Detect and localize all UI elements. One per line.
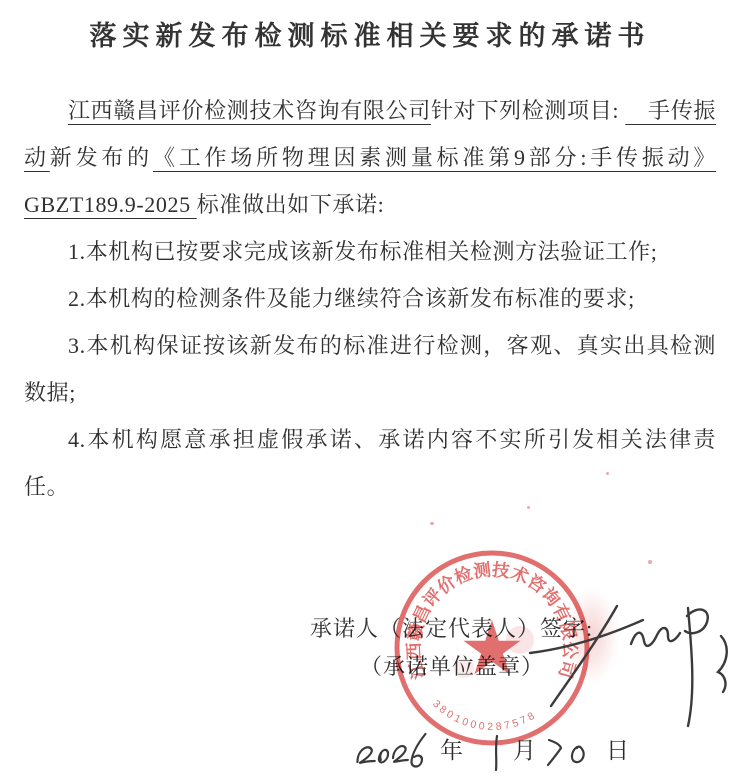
document-page: 落实新发布检测标准相关要求的承诺书 江西赣昌评价检测技术咨询有限公司针对下列检测… xyxy=(0,0,734,510)
text-segment: GBZT189.9-2025 xyxy=(24,192,197,217)
handwritten-day-icon xyxy=(544,730,596,774)
text-segment: 新发布的 xyxy=(50,145,153,170)
month-char: 月 xyxy=(513,728,536,774)
date-line: 年 月 日 xyxy=(352,724,629,774)
text-segment: 江西赣昌评价检测技术咨询有限公司 xyxy=(68,98,431,123)
ink-speckle xyxy=(527,506,530,509)
text-segment: 针对下列检测项目: xyxy=(431,98,625,123)
text-segment: 标准做出如下承诺: xyxy=(197,192,385,217)
seal-ink-blot xyxy=(454,658,474,678)
handwritten-year-icon xyxy=(352,730,432,774)
commitment-item-2: 2.本机构的检测条件及能力继续符合该新发布标准的要求; xyxy=(24,275,716,322)
handwritten-month-icon xyxy=(489,730,503,774)
year-char: 年 xyxy=(440,728,463,774)
document-title: 落实新发布检测标准相关要求的承诺书 xyxy=(24,14,716,53)
ink-speckle xyxy=(606,472,609,475)
day-char: 日 xyxy=(606,728,629,774)
intro-paragraph: 江西赣昌评价检测技术咨询有限公司针对下列检测项目: 手传振动新发布的《工作场所物… xyxy=(24,87,716,228)
signature-strokes-icon xyxy=(525,598,734,730)
ink-speckle xyxy=(648,560,652,564)
commitment-item-4: 4.本机构愿意承担虚假承诺、承诺内容不实所引发相关法律责任。 xyxy=(24,416,716,510)
ink-speckle xyxy=(430,522,434,525)
text-segment: 《工作场所物理因素测量标准第9部分:手传振动》 xyxy=(153,145,716,170)
handwritten-signature xyxy=(525,598,734,730)
commitment-item-3: 3.本机构保证按该新发布的标准进行检测，客观、真实出具检测数据; xyxy=(24,322,716,416)
commitment-item-1: 1.本机构已按要求完成该新发布标准相关检测方法验证工作; xyxy=(24,228,716,275)
